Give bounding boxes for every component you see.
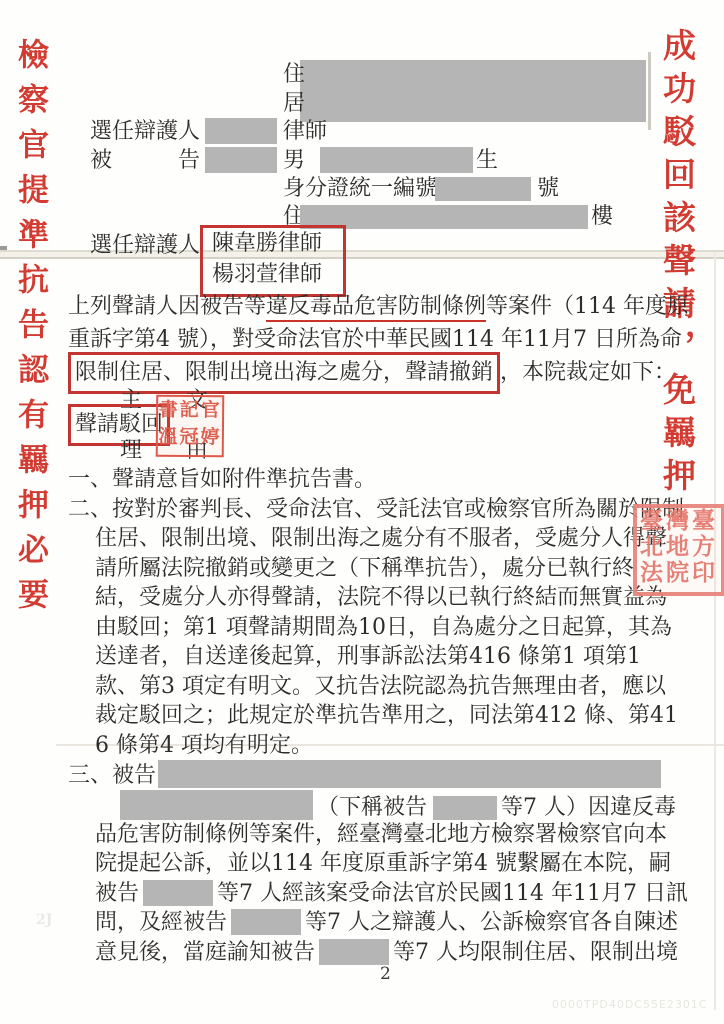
left-margin-annotation: 檢察官提準抗告認有羈押必要 bbox=[8, 38, 53, 623]
text-segment: 樓 bbox=[591, 204, 613, 229]
text-line: 由駁回；第1 項聲請期間為10日，自為處分之日起算，其為 bbox=[68, 613, 708, 643]
text-line: 結，受處分人亦得聲請，法院不得以已執行終結而無實益為 bbox=[68, 583, 708, 613]
redaction-box bbox=[120, 790, 313, 820]
text-segment: 院提起公訴，並以114 年度原重訴字第4 號繫屬在本院，嗣 bbox=[95, 851, 671, 876]
text-line: 請所屬法院撤銷或變更之（下稱準抗告），處分已執行終 bbox=[68, 554, 708, 584]
text-segment: 住居、限制出境、限制出海之處分有不服者，受處分人得聲 bbox=[95, 526, 667, 551]
clerk-stamp-title: 書記官 bbox=[158, 397, 222, 425]
redaction-box bbox=[433, 796, 497, 820]
text-segment: 等7 人之辯護人、公訴檢察官各自陳述 bbox=[305, 910, 678, 935]
text-segment: 告 bbox=[178, 148, 200, 173]
text-line: 住樓 bbox=[90, 203, 690, 231]
red-underlined-text: 違反毒品危害防制條例 bbox=[266, 294, 486, 322]
scan-artifact-edge-dash bbox=[0, 246, 7, 250]
text-segment: 品危害防制條例等案件，經臺灣臺北地方檢察署檢察官向本 bbox=[95, 822, 667, 847]
text-segment: ，本院裁定如下： bbox=[500, 360, 676, 385]
redaction-box bbox=[205, 147, 277, 173]
text-line: 居 bbox=[90, 90, 690, 118]
text-segment: 等7 人）因違反毒 bbox=[501, 795, 676, 820]
scan-artifact-vertical-line bbox=[714, 252, 716, 1010]
text-line: 身分證統一編號：號 bbox=[90, 175, 690, 203]
spacer bbox=[112, 165, 178, 167]
text-line: 6 條第4 項均有明定。 bbox=[68, 731, 708, 761]
redaction-box bbox=[205, 118, 277, 144]
text-segment: 等7 人經該案受命法官於民國114 年11月7 日訊 bbox=[217, 881, 688, 906]
text-segment: 等案件（114 年度原 bbox=[486, 294, 689, 319]
text-segment: 身分證統一編號： bbox=[283, 176, 459, 201]
text-line: 被告等7 人經該案受命法官於民國114 年11月7 日訊 bbox=[68, 879, 708, 909]
spacer bbox=[305, 165, 320, 167]
scan-artifact-ghost-text: 2J bbox=[36, 912, 52, 928]
document-header: 住居選任辯護人律師被告男生身分證統一編號：號住樓選任辯護人 bbox=[90, 60, 690, 261]
text-line: 三、被告 bbox=[68, 760, 708, 790]
court-seal-row: 北地方 bbox=[637, 534, 721, 560]
text-segment: 生 bbox=[476, 148, 498, 173]
text-segment: 被告 bbox=[95, 881, 139, 906]
text-segment: 請所屬法院撤銷或變更之（下稱準抗告），處分已執行終 bbox=[95, 556, 634, 581]
spacer bbox=[68, 455, 120, 457]
text-line: 院提起公訴，並以114 年度原重訴字第4 號繫屬在本院，嗣 bbox=[68, 849, 708, 879]
text-line: 住居、限制出境、限制出海之處分有不服者，受處分人得聲 bbox=[68, 524, 708, 554]
document-watermark: 0000TPD40DC55E2301C bbox=[552, 998, 708, 1011]
redaction-box bbox=[320, 147, 473, 173]
text-line: 限制住居、限制出境出海之處分，聲請撤銷，本院裁定如下： bbox=[68, 356, 708, 389]
text-segment: 上列聲請人因被告等 bbox=[68, 294, 266, 319]
text-segment: 選任辯護人 bbox=[90, 119, 200, 144]
text-segment: 二、按對於審判長、受命法官、受託法官或檢察官所為關於限制 bbox=[68, 497, 684, 522]
document-body: 上列聲請人因被告等違反毒品危害防制條例等案件（114 年度原重訴字第4 號），對… bbox=[68, 290, 708, 967]
text-line: 送達者，自送達後起算，刑事訴訟法第416 條第1 項第1 bbox=[68, 642, 708, 672]
text-segment: 男 bbox=[283, 148, 305, 173]
text-segment: 號 bbox=[537, 176, 559, 201]
redaction-box bbox=[158, 760, 661, 788]
text-segment: 由駁回；第1 項聲請期間為10日，自為處分之日起算，其為 bbox=[95, 615, 672, 640]
text-segment: 三、被告 bbox=[68, 763, 156, 788]
text-segment: 一、聲請意旨如附件準抗告書。 bbox=[68, 467, 376, 492]
text-segment: 等7 人均限制住居、限制出境 bbox=[393, 940, 678, 965]
text-segment: 選任辯護人 bbox=[90, 233, 200, 258]
text-segment: 律師 bbox=[283, 119, 327, 144]
text-line: （下稱被告等7 人）因違反毒 bbox=[68, 790, 708, 820]
text-segment: 送達者，自送達後起算，刑事訴訟法第416 條第1 項第1 bbox=[95, 644, 641, 669]
text-segment: 重訴字第4 號），對受命法官於中華民國114 年11月7 日所為命 bbox=[68, 327, 682, 352]
text-segment: 裁定駁回之；此規定於準抗告準用之，同法第412 條、第41 bbox=[95, 703, 678, 728]
text-segment: （下稱被告 bbox=[317, 795, 427, 820]
text-line: 被告男生 bbox=[90, 146, 690, 175]
text-line: 意見後，當庭諭知被告等7 人均限制住居、限制出境 bbox=[68, 938, 708, 968]
text-line: 款、第3 項定有明文。又抗告法院認為抗告無理由者，應以 bbox=[68, 672, 708, 702]
text-segment: 被 bbox=[90, 148, 112, 173]
text-line: 上列聲請人因被告等違反毒品危害防制條例等案件（114 年度原 bbox=[68, 290, 708, 323]
court-seal-stamp: 臺灣臺 北地方 法院印 bbox=[633, 504, 724, 596]
text-line: 裁定駁回之；此規定於準抗告準用之，同法第412 條、第41 bbox=[68, 701, 708, 731]
text-line: 問，及經被告等7 人之辯護人、公訴檢察官各自陳述 bbox=[68, 908, 708, 938]
text-line: 二、按對於審判長、受命法官、受託法官或檢察官所為關於限制 bbox=[68, 495, 708, 525]
redaction-box bbox=[143, 880, 213, 906]
page-number: 2 bbox=[380, 964, 391, 984]
text-segment: 住 bbox=[283, 62, 305, 87]
text-line: 選任辯護人 bbox=[90, 231, 690, 261]
redaction-box bbox=[435, 177, 531, 201]
attorney-name-1: 陳韋勝律師 bbox=[203, 228, 343, 259]
clerk-stamp-name: 溫冠婷 bbox=[158, 424, 222, 452]
text-segment: 意見後，當庭諭知被告 bbox=[95, 940, 315, 965]
attorney-names-highlight-box: 陳韋勝律師 楊羽萱律師 bbox=[200, 225, 346, 297]
text-segment: 理 bbox=[120, 438, 142, 463]
text-segment: 結，受處分人亦得聲請，法院不得以已執行終結而無實益為 bbox=[95, 585, 667, 610]
text-segment: 6 條第4 項均有明定。 bbox=[95, 733, 313, 758]
text-line: 一、聲請意旨如附件準抗告書。 bbox=[68, 465, 708, 495]
text-segment: 居 bbox=[283, 91, 305, 116]
text-segment: 款、第3 項定有明文。又抗告法院認為抗告無理由者，應以 bbox=[95, 674, 666, 699]
attorney-name-2: 楊羽萱律師 bbox=[203, 259, 343, 290]
clerk-stamp: 書記官 溫冠婷 bbox=[156, 395, 225, 458]
text-line: 選任辯護人律師 bbox=[90, 118, 690, 146]
redaction-box bbox=[319, 939, 389, 965]
redaction-box bbox=[231, 909, 301, 935]
text-segment: 問，及經被告 bbox=[95, 910, 227, 935]
text-line: 品危害防制條例等案件，經臺灣臺北地方檢察署檢察官向本 bbox=[68, 820, 708, 850]
court-seal-row: 臺灣臺 bbox=[637, 508, 721, 534]
court-seal-row: 法院印 bbox=[637, 560, 721, 586]
text-line: 住 bbox=[90, 60, 690, 90]
